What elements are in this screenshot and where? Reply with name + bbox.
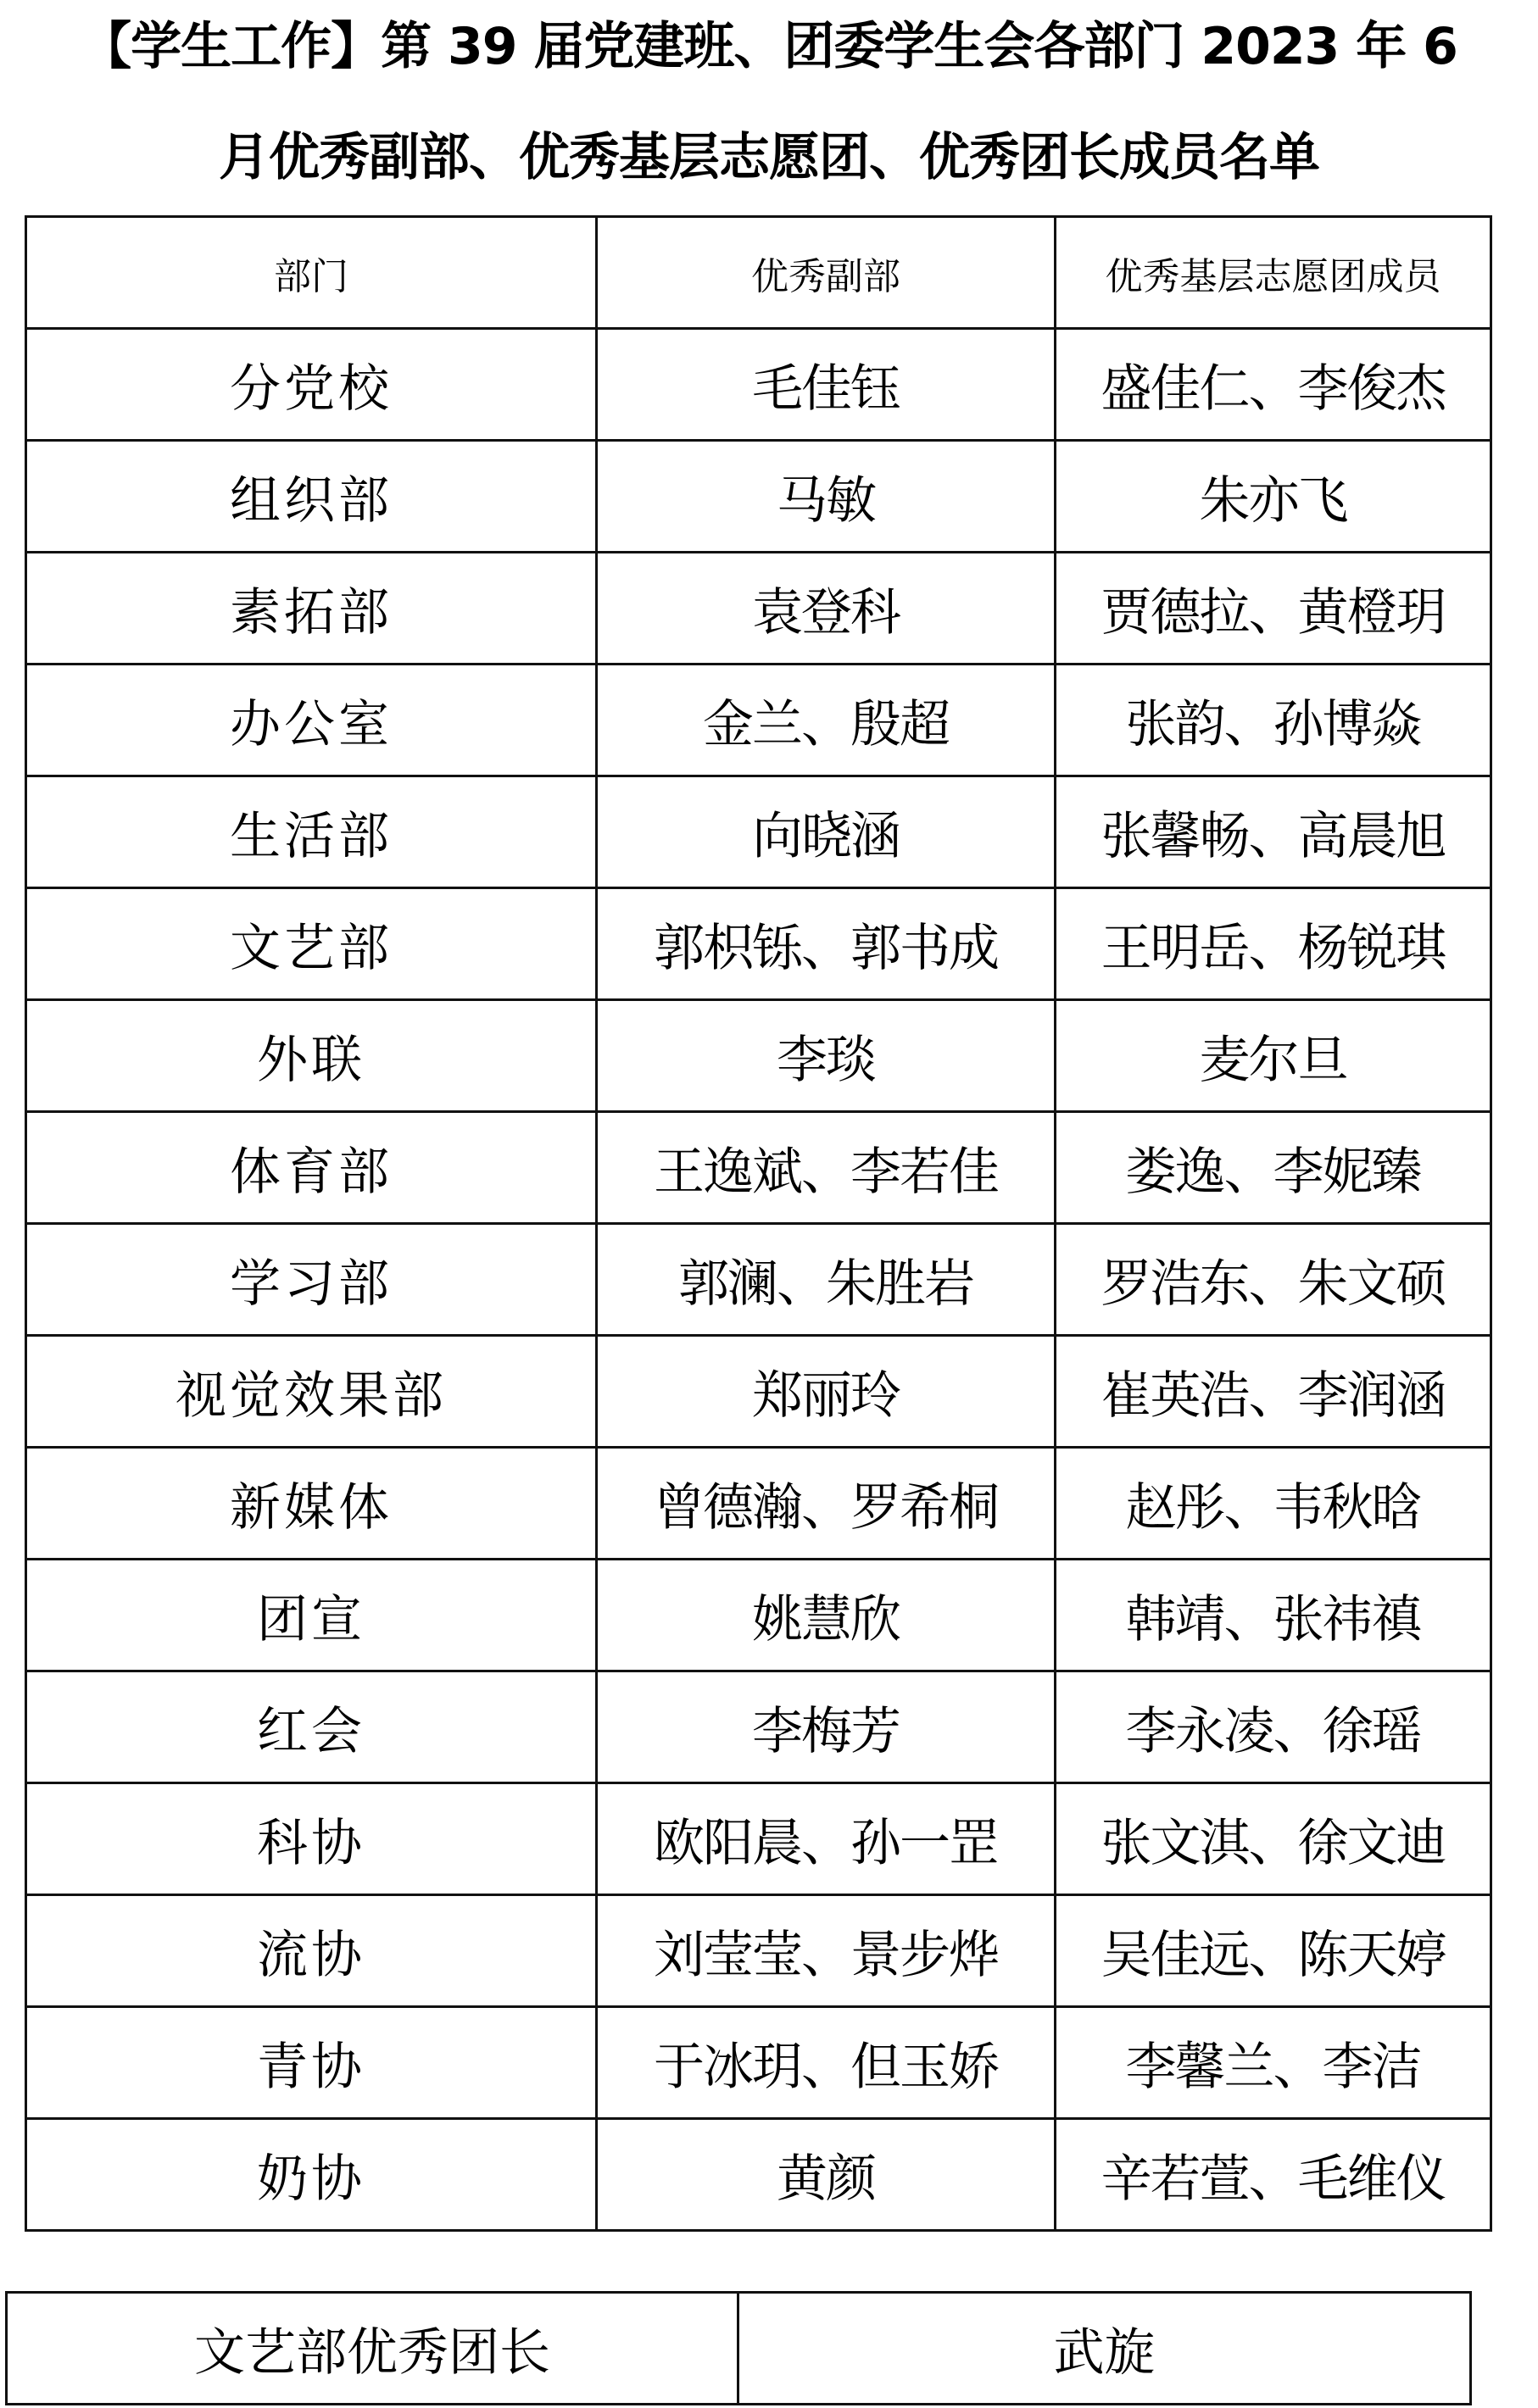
vice-minister-cell: 于冰玥、但玉娇 <box>597 2007 1056 2119</box>
volunteers-cell: 崔英浩、李润涵 <box>1056 1336 1491 1448</box>
outstanding-leader-table: 文艺部优秀团长 武旋 <box>5 2291 1472 2405</box>
department-cell: 生活部 <box>26 776 597 888</box>
vice-minister-cell: 王逸斌、李若佳 <box>597 1112 1056 1224</box>
department-cell: 青协 <box>26 2007 597 2119</box>
department-cell: 视觉效果部 <box>26 1336 597 1448</box>
department-cell: 奶协 <box>26 2119 597 2231</box>
page-title-line-2: 月优秀副部、优秀基层志愿团、优秀团长成员名单 <box>0 128 1538 187</box>
department-cell: 学习部 <box>26 1224 597 1336</box>
table-row: 文艺部郭枳铄、郭书成王明岳、杨锐琪 <box>26 888 1491 1000</box>
department-cell: 外联 <box>26 1000 597 1112</box>
page-title-line-1: 【学生工作】第 39 届党建班、团委学生会各部门 2023 年 6 <box>0 17 1538 76</box>
volunteers-cell: 罗浩东、朱文硕 <box>1056 1224 1491 1336</box>
vice-minister-cell: 毛佳钰 <box>597 329 1056 441</box>
header-department: 部门 <box>26 217 597 329</box>
leader-label-cell: 文艺部优秀团长 <box>7 2293 738 2405</box>
table-row: 生活部向晓涵张馨畅、高晨旭 <box>26 776 1491 888</box>
volunteers-cell: 张馨畅、高晨旭 <box>1056 776 1491 888</box>
department-cell: 素拓部 <box>26 553 597 665</box>
table-row: 流协刘莹莹、景步烨吴佳远、陈天婷 <box>26 1895 1491 2007</box>
volunteers-cell: 吴佳远、陈天婷 <box>1056 1895 1491 2007</box>
table-row: 办公室金兰、殷超张韵、孙博焱 <box>26 665 1491 776</box>
table-row: 视觉效果部郑丽玲崔英浩、李润涵 <box>26 1336 1491 1448</box>
department-cell: 流协 <box>26 1895 597 2007</box>
table-header-row: 部门 优秀副部 优秀基层志愿团成员 <box>26 217 1491 329</box>
department-cell: 文艺部 <box>26 888 597 1000</box>
department-cell: 红会 <box>26 1671 597 1783</box>
volunteers-cell: 王明岳、杨锐琪 <box>1056 888 1491 1000</box>
table-row: 团宣姚慧欣韩靖、张祎禛 <box>26 1560 1491 1671</box>
vice-minister-cell: 马敏 <box>597 441 1056 553</box>
volunteers-cell: 赵彤、韦秋晗 <box>1056 1448 1491 1560</box>
volunteers-cell: 麦尔旦 <box>1056 1000 1491 1112</box>
vice-minister-cell: 金兰、殷超 <box>597 665 1056 776</box>
vice-minister-cell: 欧阳晨、孙一罡 <box>597 1783 1056 1895</box>
department-cell: 新媒体 <box>26 1448 597 1560</box>
header-outstanding-vice-minister: 优秀副部 <box>597 217 1056 329</box>
volunteers-cell: 娄逸、李妮臻 <box>1056 1112 1491 1224</box>
vice-minister-cell: 李琰 <box>597 1000 1056 1112</box>
table-body: 分党校毛佳钰盛佳仁、李俊杰组织部马敏朱亦飞素拓部袁登科贾德拉、黄橙玥办公室金兰、… <box>26 329 1491 2231</box>
honor-roll-table: 部门 优秀副部 优秀基层志愿团成员 分党校毛佳钰盛佳仁、李俊杰组织部马敏朱亦飞素… <box>25 215 1492 2232</box>
vice-minister-cell: 李梅芳 <box>597 1671 1056 1783</box>
department-cell: 组织部 <box>26 441 597 553</box>
table-row: 文艺部优秀团长 武旋 <box>7 2293 1471 2405</box>
volunteers-cell: 盛佳仁、李俊杰 <box>1056 329 1491 441</box>
table-row: 新媒体曾德瀚、罗希桐赵彤、韦秋晗 <box>26 1448 1491 1560</box>
department-cell: 办公室 <box>26 665 597 776</box>
volunteers-cell: 朱亦飞 <box>1056 441 1491 553</box>
header-outstanding-volunteers: 优秀基层志愿团成员 <box>1056 217 1491 329</box>
table-row: 科协欧阳晨、孙一罡张文淇、徐文迪 <box>26 1783 1491 1895</box>
table-row: 体育部王逸斌、李若佳娄逸、李妮臻 <box>26 1112 1491 1224</box>
table-row: 学习部郭澜、朱胜岩罗浩东、朱文硕 <box>26 1224 1491 1336</box>
vice-minister-cell: 黄颜 <box>597 2119 1056 2231</box>
vice-minister-cell: 向晓涵 <box>597 776 1056 888</box>
leader-name-cell: 武旋 <box>738 2293 1471 2405</box>
volunteers-cell: 辛若萱、毛维仪 <box>1056 2119 1491 2231</box>
table-row: 红会李梅芳李永凌、徐瑶 <box>26 1671 1491 1783</box>
table-row: 青协于冰玥、但玉娇李馨兰、李洁 <box>26 2007 1491 2119</box>
table-row: 分党校毛佳钰盛佳仁、李俊杰 <box>26 329 1491 441</box>
vice-minister-cell: 姚慧欣 <box>597 1560 1056 1671</box>
vice-minister-cell: 刘莹莹、景步烨 <box>597 1895 1056 2007</box>
department-cell: 团宣 <box>26 1560 597 1671</box>
vice-minister-cell: 郭澜、朱胜岩 <box>597 1224 1056 1336</box>
volunteers-cell: 张文淇、徐文迪 <box>1056 1783 1491 1895</box>
table-row: 素拓部袁登科贾德拉、黄橙玥 <box>26 553 1491 665</box>
volunteers-cell: 李馨兰、李洁 <box>1056 2007 1491 2119</box>
volunteers-cell: 韩靖、张祎禛 <box>1056 1560 1491 1671</box>
vice-minister-cell: 郭枳铄、郭书成 <box>597 888 1056 1000</box>
department-cell: 分党校 <box>26 329 597 441</box>
department-cell: 科协 <box>26 1783 597 1895</box>
vice-minister-cell: 郑丽玲 <box>597 1336 1056 1448</box>
volunteers-cell: 张韵、孙博焱 <box>1056 665 1491 776</box>
volunteers-cell: 贾德拉、黄橙玥 <box>1056 553 1491 665</box>
vice-minister-cell: 袁登科 <box>597 553 1056 665</box>
table-row: 奶协黄颜辛若萱、毛维仪 <box>26 2119 1491 2231</box>
table-row: 组织部马敏朱亦飞 <box>26 441 1491 553</box>
department-cell: 体育部 <box>26 1112 597 1224</box>
vice-minister-cell: 曾德瀚、罗希桐 <box>597 1448 1056 1560</box>
table-row: 外联李琰麦尔旦 <box>26 1000 1491 1112</box>
volunteers-cell: 李永凌、徐瑶 <box>1056 1671 1491 1783</box>
